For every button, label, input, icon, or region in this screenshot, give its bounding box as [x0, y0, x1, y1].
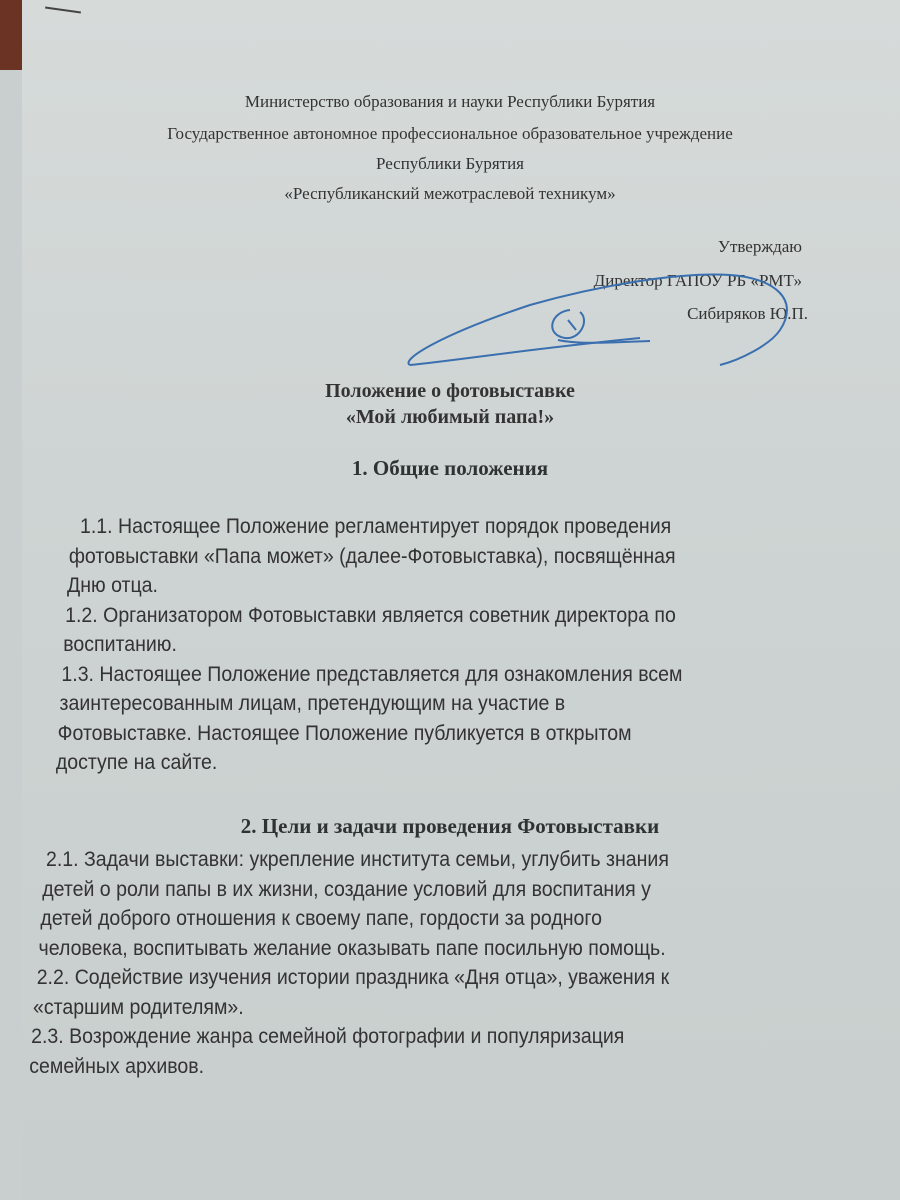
- text-line: 1.1. Настоящее Положение регламентирует …: [80, 512, 682, 542]
- text-line: фотовыставки «Папа может» (далее-Фотовыс…: [69, 542, 683, 572]
- document-title: Положение о фотовыставке: [0, 380, 900, 403]
- section-2-heading: 2. Цели и задачи проведения Фотовыставки: [0, 814, 900, 839]
- text-line: семейных архивов.: [29, 1052, 669, 1082]
- text-line: Фотовыставке. Настоящее Положение публик…: [58, 719, 683, 749]
- document-subtitle: «Мой любимый папа!»: [0, 406, 900, 429]
- text-line: заинтересованным лицам, претендующим на …: [60, 689, 683, 719]
- header-college-name: «Республиканский межотраслевой техникум»: [0, 184, 900, 204]
- section-1-body: 1.1. Настоящее Положение регламентирует …: [80, 512, 682, 778]
- text-line: 1.3. Настоящее Положение представляется …: [61, 660, 682, 690]
- text-line: детей о роли папы в их жизни, создание у…: [42, 875, 669, 905]
- text-line: 2.3. Возрождение жанра семейной фотограф…: [31, 1022, 669, 1052]
- signature-icon: [380, 250, 820, 380]
- text-line: «старшим родителям».: [33, 993, 669, 1023]
- text-line: 2.2. Содействие изучения истории праздни…: [37, 963, 669, 993]
- header-institution: Государственное автономное профессиональ…: [0, 124, 900, 144]
- text-line: детей доброго отношения к своему папе, г…: [40, 904, 669, 934]
- header-ministry: Министерство образования и науки Республ…: [0, 92, 900, 112]
- header-republic: Республики Бурятия: [0, 154, 900, 174]
- table-edge: [0, 0, 24, 70]
- text-line: человека, воспитывать желание оказывать …: [39, 934, 670, 964]
- text-line: 1.2. Организатором Фотовыставки является…: [65, 601, 682, 631]
- text-line: воспитанию.: [63, 630, 682, 660]
- text-line: Дню отца.: [67, 571, 682, 601]
- text-line: 2.1. Задачи выставки: укрепление институ…: [46, 845, 669, 875]
- section-1-heading: 1. Общие положения: [0, 456, 900, 481]
- text-line: доступе на сайте.: [56, 748, 683, 778]
- section-2-body: 2.1. Задачи выставки: укрепление институ…: [46, 845, 669, 1081]
